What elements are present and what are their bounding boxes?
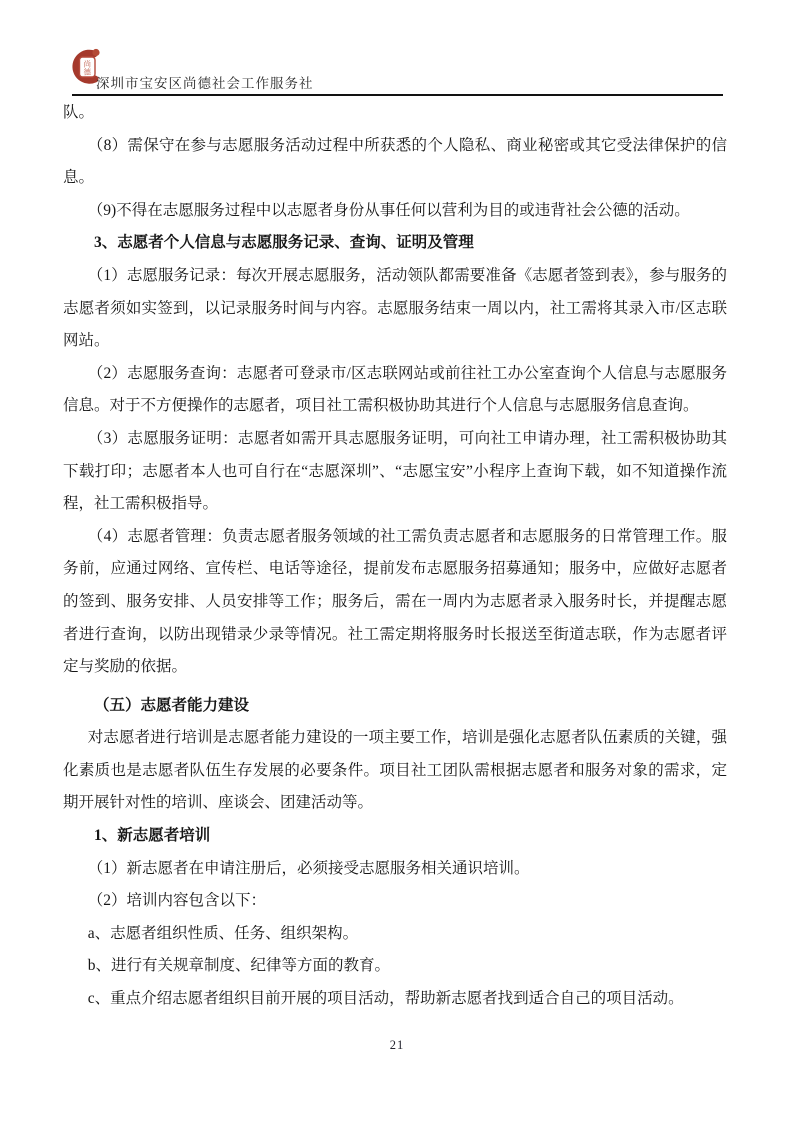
body-paragraph: b、进行有关规章制度、纪律等方面的教育。 [63,950,727,983]
body-paragraph: （3）志愿服务证明：志愿者如需开具志愿服务证明，可向社工申请办理，社工需积极协助… [63,423,727,521]
body-paragraph: 队。 [63,97,727,130]
document-header: 尚 德 深圳市宝安区尚德社会工作服务社 [0,0,794,97]
body-paragraph: （1）新志愿者在申请注册后，必须接受志愿服务相关通识培训。 [63,853,727,886]
body-paragraph: 对志愿者进行培训是志愿者能力建设的一项主要工作，培训是强化志愿者队伍素质的关键，… [63,722,727,820]
body-paragraph: a、志愿者组织性质、任务、组织架构。 [63,918,727,951]
document-page: 尚 德 深圳市宝安区尚德社会工作服务社 队。（8）需保守在参与志愿服务活动过程中… [0,0,794,1123]
page-number: 21 [0,1038,794,1053]
body-paragraph: （4）志愿者管理：负责志愿者服务领域的社工需负责志愿者和志愿服务的日常管理工作。… [63,521,727,684]
logo-swirl-dot [92,49,99,56]
body-paragraph: （8）需保守在参与志愿服务活动过程中所获悉的个人隐私、商业秘密或其它受法律保护的… [63,130,727,195]
heading-paragraph: （五）志愿者能力建设 [63,690,727,723]
document-body: 队。（8）需保守在参与志愿服务活动过程中所获悉的个人隐私、商业秘密或其它受法律保… [63,97,727,1016]
heading-paragraph: 1、新志愿者培训 [63,820,727,853]
header-divider [72,94,723,96]
body-paragraph: （2）志愿服务查询：志愿者可登录市/区志联网站或前往社工办公室查询个人信息与志愿… [63,358,727,423]
body-paragraph: （9)不得在志愿服务过程中以志愿者身份从事任何以营利为目的或违背社会公德的活动。 [63,195,727,228]
org-name: 深圳市宝安区尚德社会工作服务社 [96,72,314,92]
body-paragraph: c、重点介绍志愿者组织目前开展的项目活动，帮助新志愿者找到适合自己的项目活动。 [63,983,727,1016]
body-paragraph: （2）培训内容包含以下： [63,885,727,918]
body-paragraph: （1）志愿服务记录：每次开展志愿服务，活动领队都需要准备《志愿者签到表》，参与服… [63,260,727,358]
heading-paragraph: 3、志愿者个人信息与志愿服务记录、查询、证明及管理 [63,227,727,260]
logo-seal-char-bottom: 德 [83,67,91,77]
